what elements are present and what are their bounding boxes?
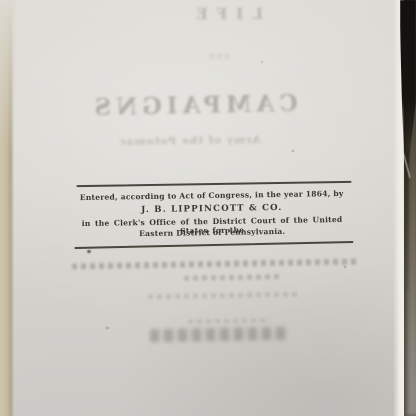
copyright-line-1: Entered, according to Act of Congress, i… [68,189,356,203]
bleedthrough-faint-line [184,274,280,281]
page-edge-left-fade [0,0,16,150]
bleedthrough-faint-line [150,327,288,342]
bleedthrough-faint-line [148,292,300,300]
bleedthrough-faint-line [72,259,358,270]
book-photo: LIFE AND CAMPAIGNS Army of the Potomac E… [0,0,416,416]
rule-bottom [74,241,353,249]
paper-speck [87,250,91,253]
bleedthrough-title2: CAMPAIGNS [86,90,302,121]
rule-top [76,181,351,187]
bleedthrough-faint-line [188,318,270,323]
bleedthrough-title: LIFE [150,5,300,23]
bleedthrough-connector: AND [183,53,253,61]
copyright-notice: Entered, according to Act of Congress, i… [67,176,356,259]
copyright-line-publisher: J. B. LIPPINCOTT & CO. [68,202,356,217]
paper-speck [344,266,346,268]
paper-speck [261,61,263,63]
paper-speck [106,327,109,329]
bleedthrough-subtitle: Army of the Potomac [112,134,267,148]
book-page: LIFE AND CAMPAIGNS Army of the Potomac E… [0,0,416,416]
paper-speck [292,150,294,152]
